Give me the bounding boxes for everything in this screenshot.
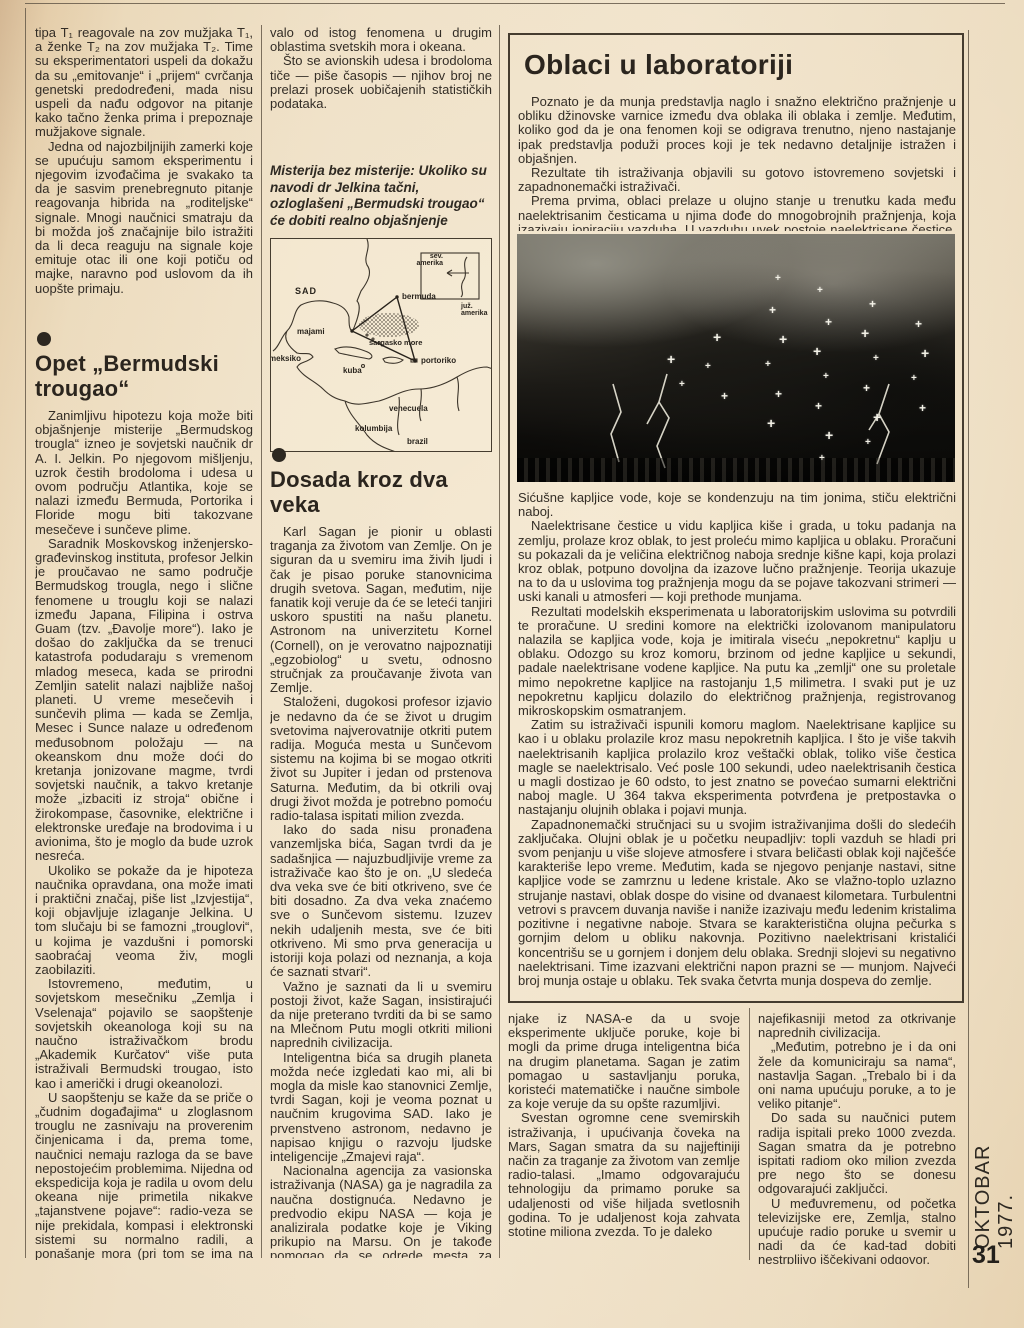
bermuda-body: Zanimljivu hipotezu koja može biti objaš… — [35, 409, 253, 1260]
paragraph: Zatim su istraživači ispunili komoru mag… — [518, 718, 956, 817]
map-label-kuba: kuba — [343, 367, 362, 375]
page-number: 31 — [972, 1241, 1000, 1270]
paragraph: Naelektrisane čestice u vidu kapljica ki… — [518, 519, 956, 604]
left-column-top: tipa T₁ reagovale na zov mužjaka T₁, a ž… — [35, 26, 253, 328]
paragraph: Staloženi, dugokosi profesor izjavio je … — [270, 695, 492, 823]
charge-plus-symbol: + — [861, 326, 869, 340]
paragraph: Karl Sagan je pionir u oblasti traganja … — [270, 525, 492, 695]
clouds-body-bottom: Sićušne kapljice vode, koje se kondenzuj… — [518, 491, 956, 997]
paragraph: tipa T₁ reagovale na zov mužjaka T₁, a ž… — [35, 26, 253, 140]
paragraph: Iako do sada nisu pronađena vanzemljska … — [270, 823, 492, 979]
charge-plus-symbol: + — [863, 382, 870, 394]
map-label-sargasko-more: sargasko more — [369, 339, 422, 347]
bottom-right-column: najefikasniji metod za otkrivanje napred… — [758, 1012, 956, 1264]
section-bullet-icon — [272, 448, 286, 462]
paragraph: U saopštenju se kaže da se priče o „čudn… — [35, 1091, 253, 1260]
paragraph: Zapadnonemački stručnjaci su u svojim is… — [518, 818, 956, 988]
charge-plus-symbol: + — [915, 318, 922, 330]
column-rule-2 — [499, 25, 500, 1258]
paragraph: Zanimljivu hipotezu koja može biti objaš… — [35, 409, 253, 537]
top-rule — [25, 3, 1005, 4]
bermuda-triangle-map: SAD sev. amerika meksiko majami kuba ber… — [270, 238, 492, 452]
map-label-sev-amerika: sev. amerika — [407, 253, 443, 268]
map-label-juz-amerika: juž. amerika — [461, 303, 491, 318]
paragraph: Poznato je da munja predstavlja naglo i … — [518, 95, 956, 166]
paragraph: Inteligentna bića sa drugih planeta možd… — [270, 1051, 492, 1165]
map-label-meksiko: meksiko — [270, 355, 301, 363]
charge-plus-symbol: + — [767, 416, 775, 430]
paragraph: Rezultati modelskih eksperimenata u labo… — [518, 605, 956, 719]
charge-plus-symbol: + — [713, 330, 721, 344]
charge-plus-symbol: + — [865, 438, 871, 448]
charge-plus-symbol: + — [817, 286, 823, 296]
left-column-bermuda: Opet „Bermudski trougao“ Zanimljivu hipo… — [35, 330, 253, 1260]
paragraph: Jedna od najozbiljnijih zamerki koje se … — [35, 140, 253, 296]
charge-plus-symbol: + — [911, 374, 917, 384]
map-label-sad: SAD — [295, 287, 317, 296]
charge-plus-symbol: + — [825, 316, 832, 328]
paragraph: njake iz NASA-e da u svoje eksperimente … — [508, 1012, 740, 1111]
photo-ground-strip — [517, 458, 955, 482]
charge-plus-symbol: + — [873, 354, 879, 364]
paragraph: Prema prvima, oblaci prelaze u olujno st… — [518, 194, 956, 231]
charge-plus-symbol: + — [873, 410, 881, 424]
paragraph: Saradnik Moskovskog inženjersko-građevin… — [35, 537, 253, 864]
charge-plus-symbol: + — [825, 428, 833, 442]
paragraph: Što se avionskih udesa i brodoloma tiče … — [270, 54, 492, 111]
charge-plus-symbol: + — [813, 344, 821, 358]
middle-column-sagan: Dosada kroz dva veka Karl Sagan je pioni… — [270, 446, 492, 1258]
issue-date-vertical: OKTOBAR 1977. — [972, 1093, 1018, 1249]
map-label-portoriko: portoriko — [421, 357, 456, 365]
sagan-body: Karl Sagan je pionir u oblasti traganja … — [270, 525, 492, 1258]
map-label-bermuda: bermuda — [402, 293, 436, 301]
column-rule-1 — [261, 25, 262, 1258]
paragraph: Nacionalna agencija za vasionska istraži… — [270, 1164, 492, 1258]
storm-cloud-photo: ++++++++++++++++++++++++++++ — [517, 234, 955, 482]
charge-plus-symbol: + — [769, 304, 776, 316]
left-column-rule — [25, 8, 26, 1258]
paragraph: valo od istog fenomena u drugim oblastim… — [270, 26, 492, 54]
charge-plus-symbol: + — [921, 346, 929, 360]
paragraph: Istovremeno, međutim, u sovjetskom meseč… — [35, 977, 253, 1091]
charge-plus-symbol: + — [815, 400, 822, 412]
paragraph: Sićušne kapljice vode, koje se kondenzuj… — [518, 491, 956, 519]
paragraph: Rezultate tih istraživanja objavili su g… — [518, 166, 956, 194]
clouds-article-box: Oblaci u laboratoriji Poznato je da munj… — [508, 33, 964, 1003]
charge-plus-symbol: + — [775, 388, 782, 400]
paragraph: najefikasniji metod za otkrivanje napred… — [758, 1012, 956, 1040]
charge-plus-symbol: + — [705, 362, 711, 372]
clouds-body-top: Poznato je da munja predstavlja naglo i … — [518, 95, 956, 231]
map-label-kolumbija: kolumbija — [355, 425, 392, 433]
margin-rule — [968, 30, 969, 1288]
middle-column-top: valo od istog fenomena u drugim oblastim… — [270, 26, 492, 154]
sagan-headline: Dosada kroz dva veka — [270, 467, 492, 517]
paragraph: U međuvremenu, od početka televizijske e… — [758, 1197, 956, 1264]
clouds-headline: Oblaci u laboratoriji — [524, 49, 793, 81]
charge-plus-symbol: + — [775, 274, 781, 284]
charge-plus-symbol: + — [869, 298, 876, 310]
bottom-left-column: njake iz NASA-e da u svoje eksperimente … — [508, 1012, 740, 1262]
charge-plus-symbol: + — [765, 360, 771, 370]
map-label-majami: majami — [297, 328, 325, 336]
section-bullet-icon — [37, 332, 51, 346]
charge-symbols-layer: ++++++++++++++++++++++++++++ — [517, 234, 955, 482]
bermuda-headline: Opet „Bermudski trougao“ — [35, 351, 253, 401]
charge-plus-symbol: + — [667, 352, 675, 366]
charge-plus-symbol: + — [779, 332, 787, 346]
magazine-page: tipa T₁ reagovale na zov mužjaka T₁, a ž… — [0, 0, 1024, 1328]
paragraph: Do sada su naučnici putem radija ispital… — [758, 1111, 956, 1196]
map-label-venecuela: venecuela — [389, 405, 428, 413]
charge-plus-symbol: + — [919, 402, 926, 414]
paragraph: „Međutim, potrebno je i da oni žele da k… — [758, 1040, 956, 1111]
bermuda-callout: Misterija bez misterije: Ukoliko su navo… — [270, 163, 494, 235]
charge-plus-symbol: + — [823, 372, 829, 382]
bottom-column-rule — [749, 1008, 750, 1260]
charge-plus-symbol: + — [679, 380, 685, 390]
charge-plus-symbol: + — [721, 390, 728, 402]
paragraph: Ukoliko se pokaže da je hipoteza naučnik… — [35, 864, 253, 978]
paragraph: Svestan ogromne cene svemirskih istraživ… — [508, 1111, 740, 1239]
paragraph: Važno je saznati da li u svemiru postoji… — [270, 980, 492, 1051]
